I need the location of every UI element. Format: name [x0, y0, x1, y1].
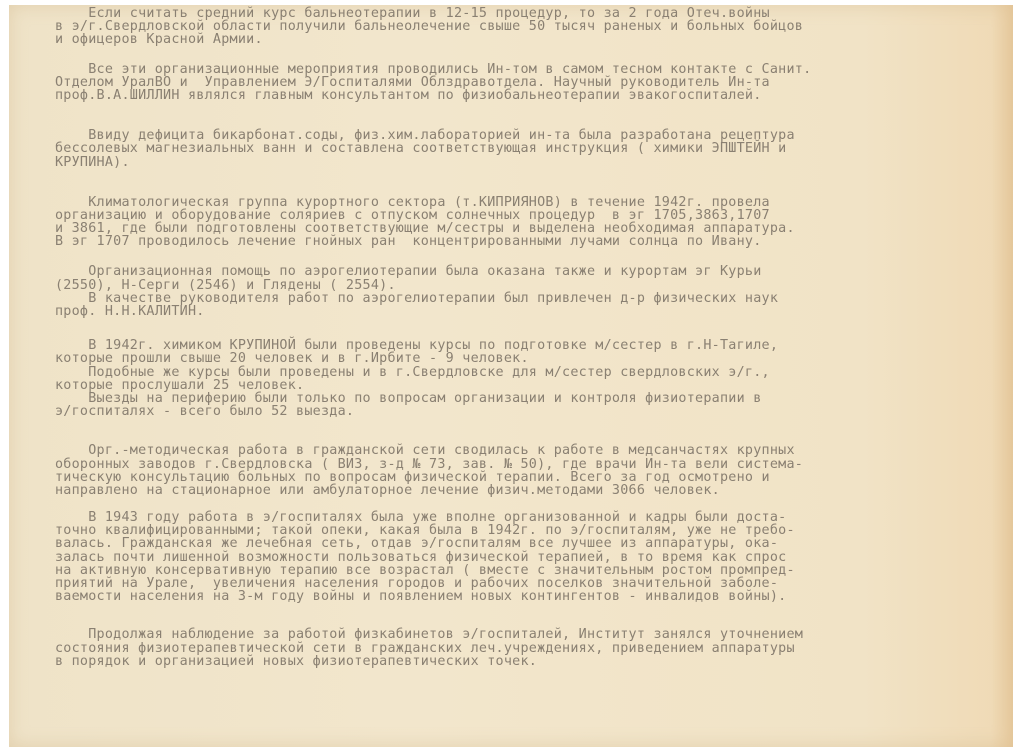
paragraph: Все эти организационные мероприятия пров… — [55, 63, 955, 103]
text-line: Все эти организационные мероприятия пров… — [55, 63, 955, 76]
text-line: Отделом УралВО и Управлением Э/Госпиталя… — [55, 76, 955, 89]
paragraph: Климатологическая группа курортного сект… — [55, 196, 955, 249]
text-line: проф.В.А.ШИЛЛИН являлся главным консульт… — [55, 89, 955, 102]
text-line: направлено на стационарное или амбулатор… — [55, 484, 955, 497]
paragraph: В 1943 году работа в э/госпиталях была у… — [55, 511, 955, 603]
text-line: и офицеров Красной Армии. — [55, 33, 955, 46]
text-line: которые прошли свыше 20 человек и в г.Ир… — [55, 352, 955, 365]
text-line: В эг 1707 проводилось лечение гнойных ра… — [55, 235, 955, 248]
text-line: ваемости населения на 3-м году войны и п… — [55, 590, 955, 603]
text-line: оборонных заводов г.Свердловска ( ВИЗ, з… — [55, 458, 955, 471]
text-line: тическую консультацию больных по вопроса… — [55, 471, 955, 484]
text-line: в порядок и организацией новых физиотера… — [55, 655, 955, 668]
text-line: Организационная помощь по аэрогелиотерап… — [55, 265, 955, 278]
typewritten-text-body: Если считать средний курс бальнеотерапии… — [55, 7, 955, 682]
text-line: Подобные же курсы были проведены и в г.С… — [55, 366, 955, 379]
text-line: э/госпиталях - всего было 52 выезда. — [55, 405, 955, 418]
paragraph: В 1942г. химиком КРУПИНОЙ были проведены… — [55, 339, 955, 418]
text-line: проф. Н.Н.КАЛИТИН. — [55, 305, 955, 318]
text-line: бессолевых магнезиальных ванн и составле… — [55, 142, 955, 155]
text-line: Орг.-методическая работа в гражданской с… — [55, 444, 955, 457]
paragraph: Орг.-методическая работа в гражданской с… — [55, 444, 955, 497]
text-line: Продолжая наблюдение за работой физкабин… — [55, 628, 955, 641]
text-line: состояния физиотерапевтической сети в гр… — [55, 642, 955, 655]
paragraph: Ввиду дефицита бикарбонат.соды, физ.хим.… — [55, 129, 955, 169]
paragraph: Если считать средний курс бальнеотерапии… — [55, 7, 955, 47]
paragraph: Продолжая наблюдение за работой физкабин… — [55, 628, 955, 668]
text-line: (2550), Н-Серги (2546) и Глядены ( 2554)… — [55, 279, 955, 292]
paragraph: Организационная помощь по аэрогелиотерап… — [55, 265, 955, 318]
document-page: Если считать средний курс бальнеотерапии… — [9, 5, 1013, 747]
text-line: КРУПИНА). — [55, 156, 955, 169]
text-line: Климатологическая группа курортного сект… — [55, 196, 955, 209]
text-line: залась почти лишенной возможности пользо… — [55, 551, 955, 564]
text-line: которые прослушали 25 человек. — [55, 379, 955, 392]
text-line: валась. Гражданская же лечебная сеть, от… — [55, 537, 955, 550]
